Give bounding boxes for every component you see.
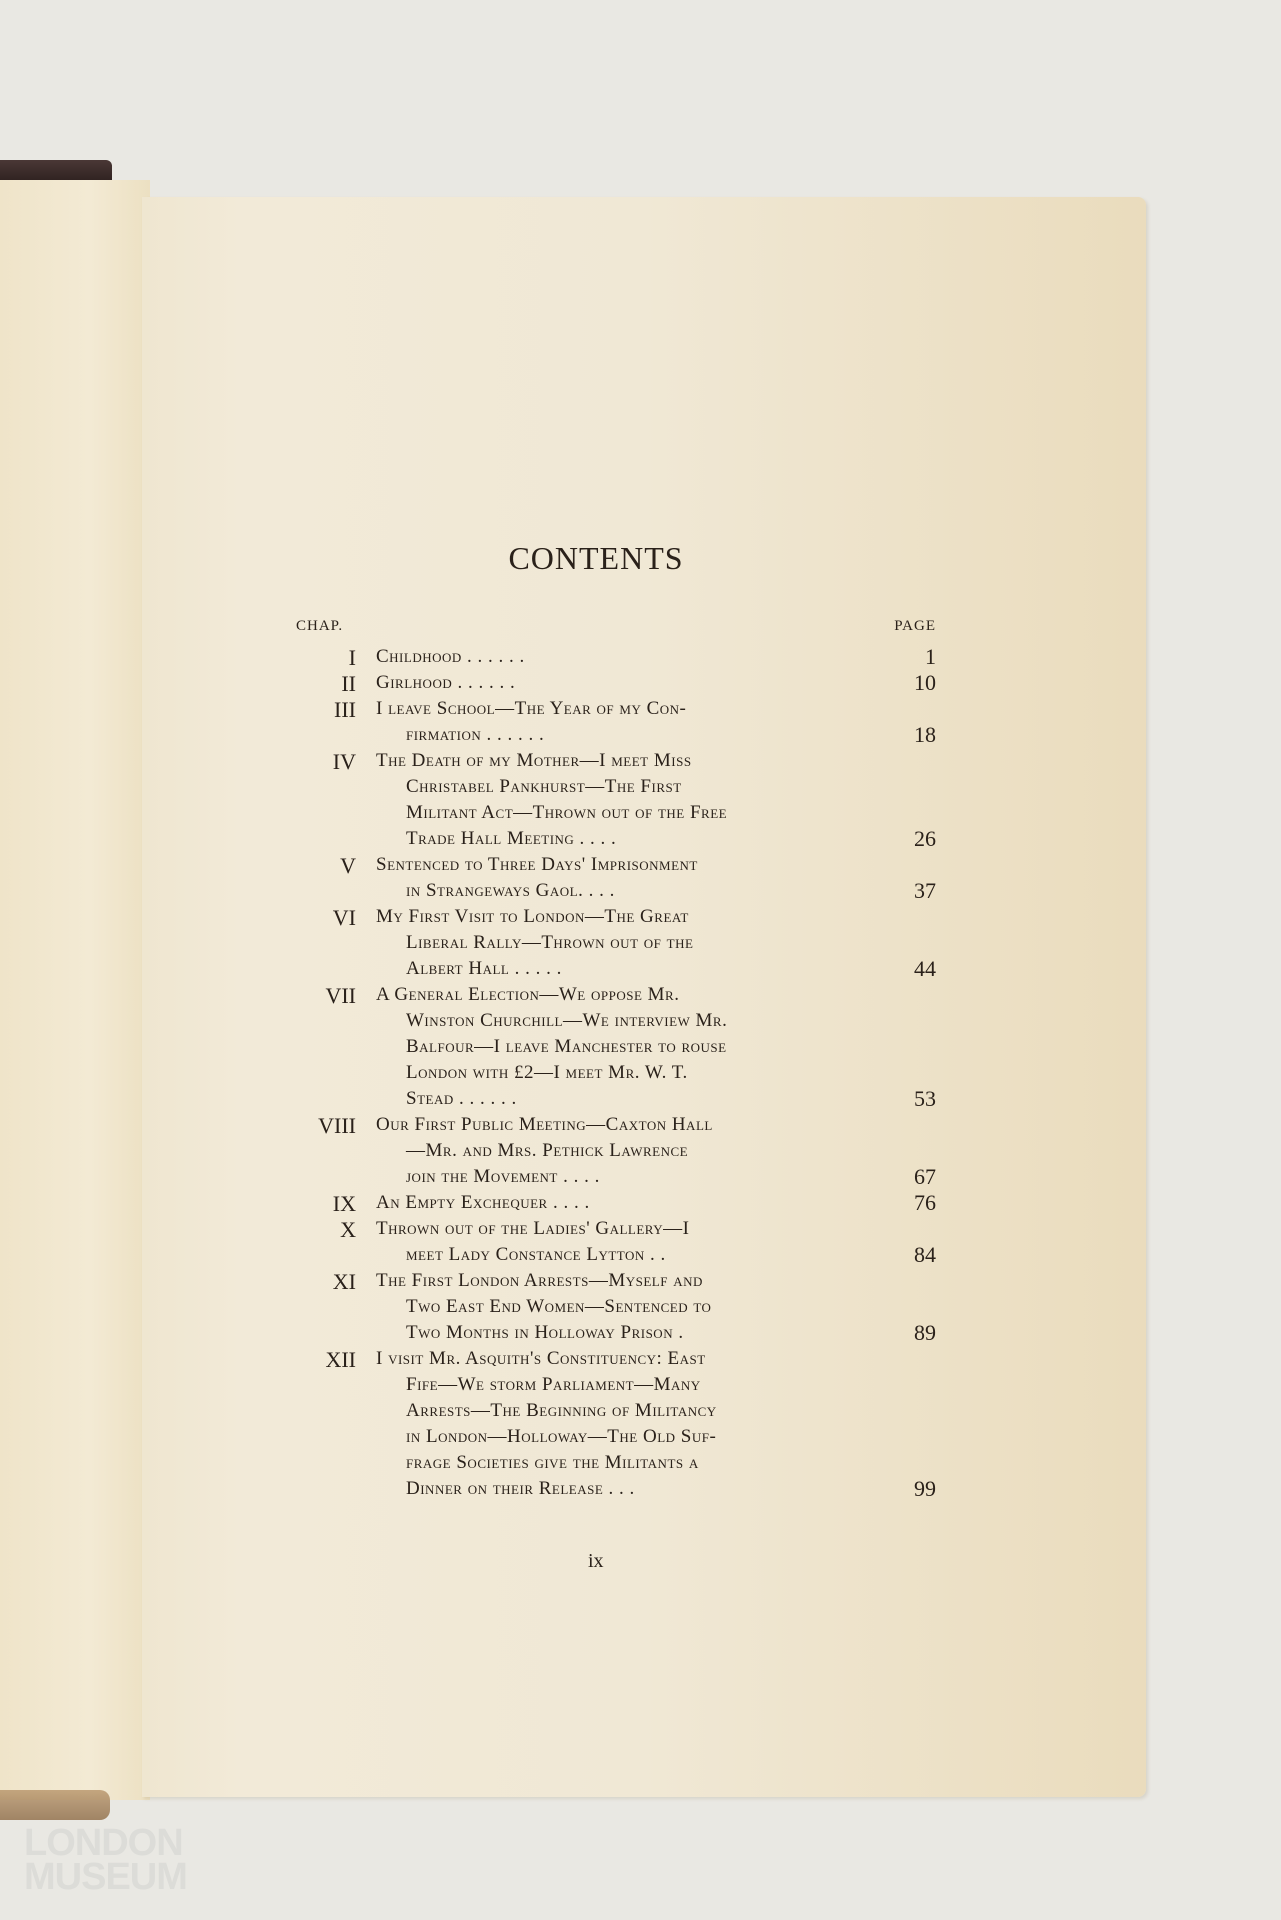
chapter-page-number: 26 bbox=[886, 825, 936, 852]
chapter-number: IV bbox=[296, 748, 356, 775]
chapter-entry: IIII leave School—The Year of my Con-fir… bbox=[296, 696, 936, 748]
chapter-title: Childhood . . . . . . bbox=[376, 644, 866, 670]
chapter-title-line: frage Societies give the Militants a bbox=[376, 1450, 866, 1476]
chapter-title-line: The First London Arrests—Myself and bbox=[376, 1268, 866, 1294]
chapter-title-line: Dinner on their Release . . . bbox=[376, 1476, 866, 1502]
chapter-title: The First London Arrests—Myself andTwo E… bbox=[376, 1268, 866, 1346]
chapter-title-line: join the Movement . . . . bbox=[376, 1164, 866, 1190]
chapter-entry: XIThe First London Arrests—Myself andTwo… bbox=[296, 1268, 936, 1346]
chapter-title-line: Trade Hall Meeting . . . . bbox=[376, 826, 866, 852]
chapter-title-line: London with £2—I meet Mr. W. T. bbox=[376, 1060, 866, 1086]
chapter-entry: XThrown out of the Ladies' Gallery—Imeet… bbox=[296, 1216, 936, 1268]
chapter-page-number: 44 bbox=[886, 955, 936, 982]
left-page bbox=[0, 180, 150, 1800]
chapter-number: II bbox=[296, 670, 356, 697]
chapter-title-line: An Empty Exchequer . . . . bbox=[376, 1190, 866, 1216]
watermark-line-1: LONDON bbox=[24, 1826, 187, 1860]
chapter-number: XII bbox=[296, 1346, 356, 1373]
chapter-entry: VSentenced to Three Days' Imprisonmentin… bbox=[296, 852, 936, 904]
chapter-page-number: 67 bbox=[886, 1163, 936, 1190]
chapter-title-line: in London—Holloway—The Old Suf- bbox=[376, 1424, 866, 1450]
chapter-title-line: A General Election—We oppose Mr. bbox=[376, 982, 866, 1008]
chapter-page-number: 18 bbox=[886, 721, 936, 748]
chapter-number: XI bbox=[296, 1268, 356, 1295]
chap-header: CHAP. bbox=[296, 618, 343, 635]
chapter-title-line: meet Lady Constance Lytton . . bbox=[376, 1242, 866, 1268]
chapter-title-line: Christabel Pankhurst—The First bbox=[376, 774, 866, 800]
chapter-title-line: Two Months in Holloway Prison . bbox=[376, 1320, 866, 1346]
chapter-title: I leave School—The Year of my Con-firmat… bbox=[376, 696, 866, 748]
chapter-number: VI bbox=[296, 904, 356, 931]
chapter-entry: IVThe Death of my Mother—I meet MissChri… bbox=[296, 748, 936, 852]
chapter-title-line: Balfour—I leave Manchester to rouse bbox=[376, 1034, 866, 1060]
chapter-title-line: Our First Public Meeting—Caxton Hall bbox=[376, 1112, 866, 1138]
chapter-page-number: 84 bbox=[886, 1241, 936, 1268]
chapter-number: V bbox=[296, 852, 356, 879]
chapter-entry: IChildhood . . . . . .1 bbox=[296, 644, 936, 670]
watermark-logo: LONDON MUSEUM bbox=[24, 1826, 187, 1894]
chapter-title-line: Winston Churchill—We interview Mr. bbox=[376, 1008, 866, 1034]
chapter-title: I visit Mr. Asquith's Constituency: East… bbox=[376, 1346, 866, 1502]
chapter-entry: VIIIOur First Public Meeting—Caxton Hall… bbox=[296, 1112, 936, 1190]
chapter-list: IChildhood . . . . . .1IIGirlhood . . . … bbox=[296, 644, 936, 1502]
chapter-title-line: Thrown out of the Ladies' Gallery—I bbox=[376, 1216, 866, 1242]
chapter-entry: VIIA General Election—We oppose Mr.Winst… bbox=[296, 982, 936, 1112]
chapter-number: VIII bbox=[296, 1112, 356, 1139]
chapter-entry: IXAn Empty Exchequer . . . .76 bbox=[296, 1190, 936, 1216]
chapter-number: III bbox=[296, 696, 356, 723]
chapter-entry: IIGirlhood . . . . . .10 bbox=[296, 670, 936, 696]
chapter-title-line: I visit Mr. Asquith's Constituency: East bbox=[376, 1346, 866, 1372]
chapter-title-line: Liberal Rally—Thrown out of the bbox=[376, 930, 866, 956]
chapter-title: Our First Public Meeting—Caxton Hall—Mr.… bbox=[376, 1112, 866, 1190]
watermark-line-2: MUSEUM bbox=[24, 1860, 187, 1894]
chapter-title-line: firmation . . . . . . bbox=[376, 722, 866, 748]
chapter-title-line: The Death of my Mother—I meet Miss bbox=[376, 748, 866, 774]
chapter-title-line: in Strangeways Gaol. . . . bbox=[376, 878, 866, 904]
chapter-number: IX bbox=[296, 1190, 356, 1217]
chapter-title: A General Election—We oppose Mr.Winston … bbox=[376, 982, 866, 1112]
chapter-page-number: 1 bbox=[886, 643, 936, 670]
chapter-page-number: 10 bbox=[886, 669, 936, 696]
chapter-page-number: 99 bbox=[886, 1475, 936, 1502]
chapter-title-line: Girlhood . . . . . . bbox=[376, 670, 866, 696]
chapter-title: Sentenced to Three Days' Imprisonmentin … bbox=[376, 852, 866, 904]
chapter-title: Girlhood . . . . . . bbox=[376, 670, 866, 696]
chapter-title: The Death of my Mother—I meet MissChrist… bbox=[376, 748, 866, 852]
chapter-number: VII bbox=[296, 982, 356, 1009]
chapter-title-line: Two East End Women—Sentenced to bbox=[376, 1294, 866, 1320]
chapter-title-line: Militant Act—Thrown out of the Free bbox=[376, 800, 866, 826]
chapter-title: My First Visit to London—The GreatLibera… bbox=[376, 904, 866, 982]
chapter-page-number: 76 bbox=[886, 1189, 936, 1216]
chapter-title-line: I leave School—The Year of my Con- bbox=[376, 696, 866, 722]
chapter-number: X bbox=[296, 1216, 356, 1243]
chapter-page-number: 53 bbox=[886, 1085, 936, 1112]
chapter-title: Thrown out of the Ladies' Gallery—Imeet … bbox=[376, 1216, 866, 1268]
chapter-entry: VIMy First Visit to London—The GreatLibe… bbox=[296, 904, 936, 982]
chapter-title-line: My First Visit to London—The Great bbox=[376, 904, 866, 930]
chapter-title: An Empty Exchequer . . . . bbox=[376, 1190, 866, 1216]
book-bottom-edge bbox=[0, 1790, 110, 1820]
chapter-title-line: Stead . . . . . . bbox=[376, 1086, 866, 1112]
chapter-page-number: 37 bbox=[886, 877, 936, 904]
chapter-title-line: Sentenced to Three Days' Imprisonment bbox=[376, 852, 866, 878]
chapter-title-line: —Mr. and Mrs. Pethick Lawrence bbox=[376, 1138, 866, 1164]
chapter-entry: XIII visit Mr. Asquith's Constituency: E… bbox=[296, 1346, 936, 1502]
chapter-page-number: 89 bbox=[886, 1319, 936, 1346]
page-folio: ix bbox=[588, 1550, 604, 1573]
chapter-title-line: Arrests—The Beginning of Militancy bbox=[376, 1398, 866, 1424]
chapter-title-line: Childhood . . . . . . bbox=[376, 644, 866, 670]
page-header: PAGE bbox=[894, 618, 936, 635]
chapter-number: I bbox=[296, 644, 356, 671]
page-title: CONTENTS bbox=[296, 540, 896, 590]
chapter-title-line: Albert Hall . . . . . bbox=[376, 956, 866, 982]
chapter-title-line: Fife—We storm Parliament—Many bbox=[376, 1372, 866, 1398]
